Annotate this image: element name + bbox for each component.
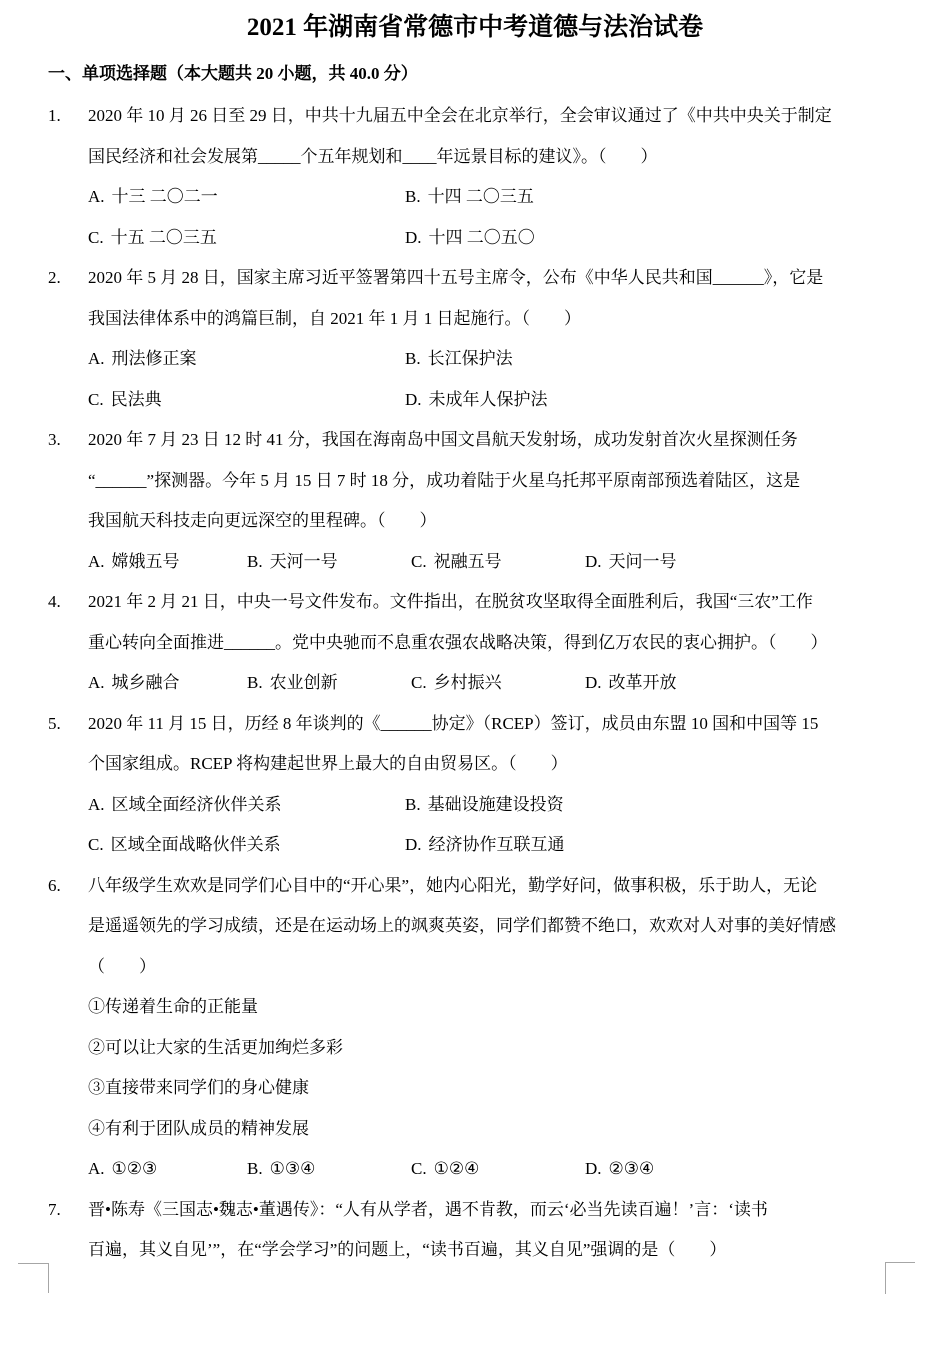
option-text: 刑法修正案 — [112, 349, 197, 368]
option-b: B.农业创新 — [247, 663, 411, 704]
option-label: D. — [585, 673, 602, 692]
option-label: B. — [247, 1159, 263, 1178]
question-text-line: 2020 年 11 月 15 日，历经 8 年谈判的《______协定》（RCE… — [88, 704, 950, 745]
question-text-line: 2020 年 5 月 28 日，国家主席习近平签署第四十五号主席令，公布《中华人… — [88, 258, 950, 299]
option-label: B. — [247, 673, 263, 692]
option-text: 祝融五号 — [434, 552, 502, 571]
question-number: 7. — [48, 1190, 88, 1271]
option-label: B. — [247, 552, 263, 571]
options-row: C.十五 二〇三五 D.十四 二〇五〇 — [88, 218, 950, 259]
options-row: A.城乡融合 B.农业创新 C.乡村振兴 D.改革开放 — [88, 663, 950, 704]
option-text: 长江保护法 — [428, 349, 513, 368]
option-text: 民法典 — [111, 390, 162, 409]
question-number: 6. — [48, 866, 88, 1190]
question-body: 2020 年 7 月 23 日 12 时 41 分，我国在海南岛中国文昌航天发射… — [88, 420, 950, 582]
option-text: ②③④ — [609, 1159, 655, 1178]
question-text-line: 晋•陈寿《三国志•魏志•董遇传》：“人有从学者，遇不肯教，而云‘必当先读百遍！’… — [88, 1190, 950, 1231]
question-text-line: 个国家组成。RCEP 将构建起世界上最大的自由贸易区。（ ） — [88, 744, 950, 785]
question-text-line: 2020 年 7 月 23 日 12 时 41 分，我国在海南岛中国文昌航天发射… — [88, 420, 950, 461]
question-number: 3. — [48, 420, 88, 582]
question-6: 6. 八年级学生欢欢是同学们心目中的“开心果”，她内心阳光，勤学好问，做事积极，… — [0, 866, 950, 1190]
question-body: 八年级学生欢欢是同学们心目中的“开心果”，她内心阳光，勤学好问，做事积极，乐于助… — [88, 866, 950, 1190]
option-label: D. — [405, 835, 422, 854]
option-label: A. — [88, 349, 105, 368]
question-4: 4. 2021 年 2 月 21 日，中央一号文件发布。文件指出，在脱贫攻坚取得… — [0, 582, 950, 704]
question-text-line: 我国法律体系中的鸿篇巨制，自 2021 年 1 月 1 日起施行。（ ） — [88, 299, 950, 340]
option-label: D. — [405, 228, 422, 247]
question-text-line: 百遍，其义自见’”，在“学会学习”的问题上，“读书百遍，其义自见”强调的是（ ） — [88, 1230, 950, 1271]
exam-title: 2021 年湖南省常德市中考道德与法治试卷 — [0, 0, 950, 43]
option-text: 十四 二〇五〇 — [429, 228, 535, 247]
option-label: A. — [88, 552, 105, 571]
question-3: 3. 2020 年 7 月 23 日 12 时 41 分，我国在海南岛中国文昌航… — [0, 420, 950, 582]
question-7: 7. 晋•陈寿《三国志•魏志•董遇传》：“人有从学者，遇不肯教，而云‘必当先读百… — [0, 1190, 950, 1271]
option-text: 十四 二〇三五 — [428, 187, 534, 206]
option-label: D. — [585, 1159, 602, 1178]
option-label: C. — [411, 1159, 427, 1178]
question-body: 2020 年 11 月 15 日，历经 8 年谈判的《______协定》（RCE… — [88, 704, 950, 866]
option-text: 嫦娥五号 — [112, 552, 180, 571]
options-row: A.区域全面经济伙伴关系 B.基础设施建设投资 — [88, 785, 950, 826]
question-text-line: 2020 年 10 月 26 日至 29 日，中共十九届五中全会在北京举行，全会… — [88, 96, 950, 137]
option-label: A. — [88, 795, 105, 814]
option-a: A.区域全面经济伙伴关系 — [88, 785, 405, 826]
crop-mark-bottom-left — [18, 1263, 49, 1293]
section-heading: 一、单项选择题（本大题共 20 小题，共 40.0 分） — [48, 63, 950, 84]
options-row: A.刑法修正案 B.长江保护法 — [88, 339, 950, 380]
option-text: 十五 二〇三五 — [111, 228, 217, 247]
option-text: 区域全面战略伙伴关系 — [111, 835, 281, 854]
option-b: B.①③④ — [247, 1149, 411, 1190]
option-d: D.天问一号 — [585, 542, 950, 583]
options-row: C.区域全面战略伙伴关系 D.经济协作互联互通 — [88, 825, 950, 866]
question-text-line: 2021 年 2 月 21 日，中央一号文件发布。文件指出，在脱贫攻坚取得全面胜… — [88, 582, 950, 623]
option-label: B. — [405, 795, 421, 814]
option-b: B.天河一号 — [247, 542, 411, 583]
option-text: 未成年人保护法 — [429, 390, 548, 409]
option-label: A. — [88, 187, 105, 206]
option-text: 农业创新 — [270, 673, 338, 692]
options-row: C.民法典 D.未成年人保护法 — [88, 380, 950, 421]
option-label: A. — [88, 673, 105, 692]
option-text: 区域全面经济伙伴关系 — [112, 795, 282, 814]
option-d: D.未成年人保护法 — [405, 380, 950, 421]
option-label: D. — [585, 552, 602, 571]
question-statement: ②可以让大家的生活更加绚烂多彩 — [88, 1028, 950, 1069]
option-text: 改革开放 — [609, 673, 677, 692]
option-b: B.基础设施建设投资 — [405, 785, 950, 826]
option-text: 十三 二〇二一 — [112, 187, 218, 206]
option-a: A.①②③ — [88, 1149, 247, 1190]
option-label: C. — [88, 228, 104, 247]
question-text-line: 重心转向全面推进______。党中央驰而不息重农强农战略决策，得到亿万农民的衷心… — [88, 623, 950, 664]
question-1: 1. 2020 年 10 月 26 日至 29 日，中共十九届五中全会在北京举行… — [0, 96, 950, 258]
option-c: C.乡村振兴 — [411, 663, 585, 704]
exam-paper-page: 2021 年湖南省常德市中考道德与法治试卷 一、单项选择题（本大题共 20 小题… — [0, 0, 950, 1347]
question-text-line: （ ） — [88, 947, 950, 988]
option-d: D.②③④ — [585, 1149, 950, 1190]
options-row: A.嫦娥五号 B.天河一号 C.祝融五号 D.天问一号 — [88, 542, 950, 583]
option-label: B. — [405, 349, 421, 368]
question-text-line: 国民经济和社会发展第_____个五年规划和____年远景目标的建议》。（ ） — [88, 137, 950, 178]
option-text: 天河一号 — [270, 552, 338, 571]
option-b: B.十四 二〇三五 — [405, 177, 950, 218]
option-b: B.长江保护法 — [405, 339, 950, 380]
option-c: C.十五 二〇三五 — [88, 218, 405, 259]
option-c: C.民法典 — [88, 380, 405, 421]
question-text-line: 八年级学生欢欢是同学们心目中的“开心果”，她内心阳光，勤学好问，做事积极，乐于助… — [88, 866, 950, 907]
option-c: C.区域全面战略伙伴关系 — [88, 825, 405, 866]
option-label: C. — [88, 390, 104, 409]
question-statement: ③直接带来同学们的身心健康 — [88, 1068, 950, 1109]
option-c: C.①②④ — [411, 1149, 585, 1190]
option-label: C. — [88, 835, 104, 854]
question-number: 4. — [48, 582, 88, 704]
question-number: 5. — [48, 704, 88, 866]
option-d: D.经济协作互联互通 — [405, 825, 950, 866]
option-text: 经济协作互联互通 — [429, 835, 565, 854]
option-text: ①②③ — [112, 1159, 158, 1178]
options-row: A.十三 二〇二一 B.十四 二〇三五 — [88, 177, 950, 218]
option-label: C. — [411, 673, 427, 692]
option-d: D.改革开放 — [585, 663, 950, 704]
option-text: 乡村振兴 — [434, 673, 502, 692]
question-number: 1. — [48, 96, 88, 258]
option-d: D.十四 二〇五〇 — [405, 218, 950, 259]
question-list: 1. 2020 年 10 月 26 日至 29 日，中共十九届五中全会在北京举行… — [0, 96, 950, 1271]
question-body: 晋•陈寿《三国志•魏志•董遇传》：“人有从学者，遇不肯教，而云‘必当先读百遍！’… — [88, 1190, 950, 1271]
option-label: A. — [88, 1159, 105, 1178]
option-a: A.城乡融合 — [88, 663, 247, 704]
question-2: 2. 2020 年 5 月 28 日，国家主席习近平签署第四十五号主席令，公布《… — [0, 258, 950, 420]
question-body: 2020 年 5 月 28 日，国家主席习近平签署第四十五号主席令，公布《中华人… — [88, 258, 950, 420]
question-text-line: 我国航天科技走向更远深空的里程碑。（ ） — [88, 501, 950, 542]
option-text: 城乡融合 — [112, 673, 180, 692]
options-row: A.①②③ B.①③④ C.①②④ D.②③④ — [88, 1149, 950, 1190]
option-a: A.嫦娥五号 — [88, 542, 247, 583]
option-text: ①②④ — [434, 1159, 480, 1178]
question-text-line: “______”探测器。今年 5 月 15 日 7 时 18 分，成功着陆于火星… — [88, 461, 950, 502]
question-statement: ④有利于团队成员的精神发展 — [88, 1109, 950, 1150]
question-number: 2. — [48, 258, 88, 420]
question-body: 2021 年 2 月 21 日，中央一号文件发布。文件指出，在脱贫攻坚取得全面胜… — [88, 582, 950, 704]
option-text: 天问一号 — [609, 552, 677, 571]
option-label: C. — [411, 552, 427, 571]
option-label: B. — [405, 187, 421, 206]
question-body: 2020 年 10 月 26 日至 29 日，中共十九届五中全会在北京举行，全会… — [88, 96, 950, 258]
option-text: ①③④ — [270, 1159, 316, 1178]
crop-mark-bottom-right — [885, 1262, 915, 1294]
option-label: D. — [405, 390, 422, 409]
question-statement: ①传递着生命的正能量 — [88, 987, 950, 1028]
option-a: A.十三 二〇二一 — [88, 177, 405, 218]
question-text-line: 是遥遥领先的学习成绩，还是在运动场上的飒爽英姿，同学们都赞不绝口，欢欢对人对事的… — [88, 906, 950, 947]
question-5: 5. 2020 年 11 月 15 日，历经 8 年谈判的《______协定》（… — [0, 704, 950, 866]
option-text: 基础设施建设投资 — [428, 795, 564, 814]
option-c: C.祝融五号 — [411, 542, 585, 583]
option-a: A.刑法修正案 — [88, 339, 405, 380]
